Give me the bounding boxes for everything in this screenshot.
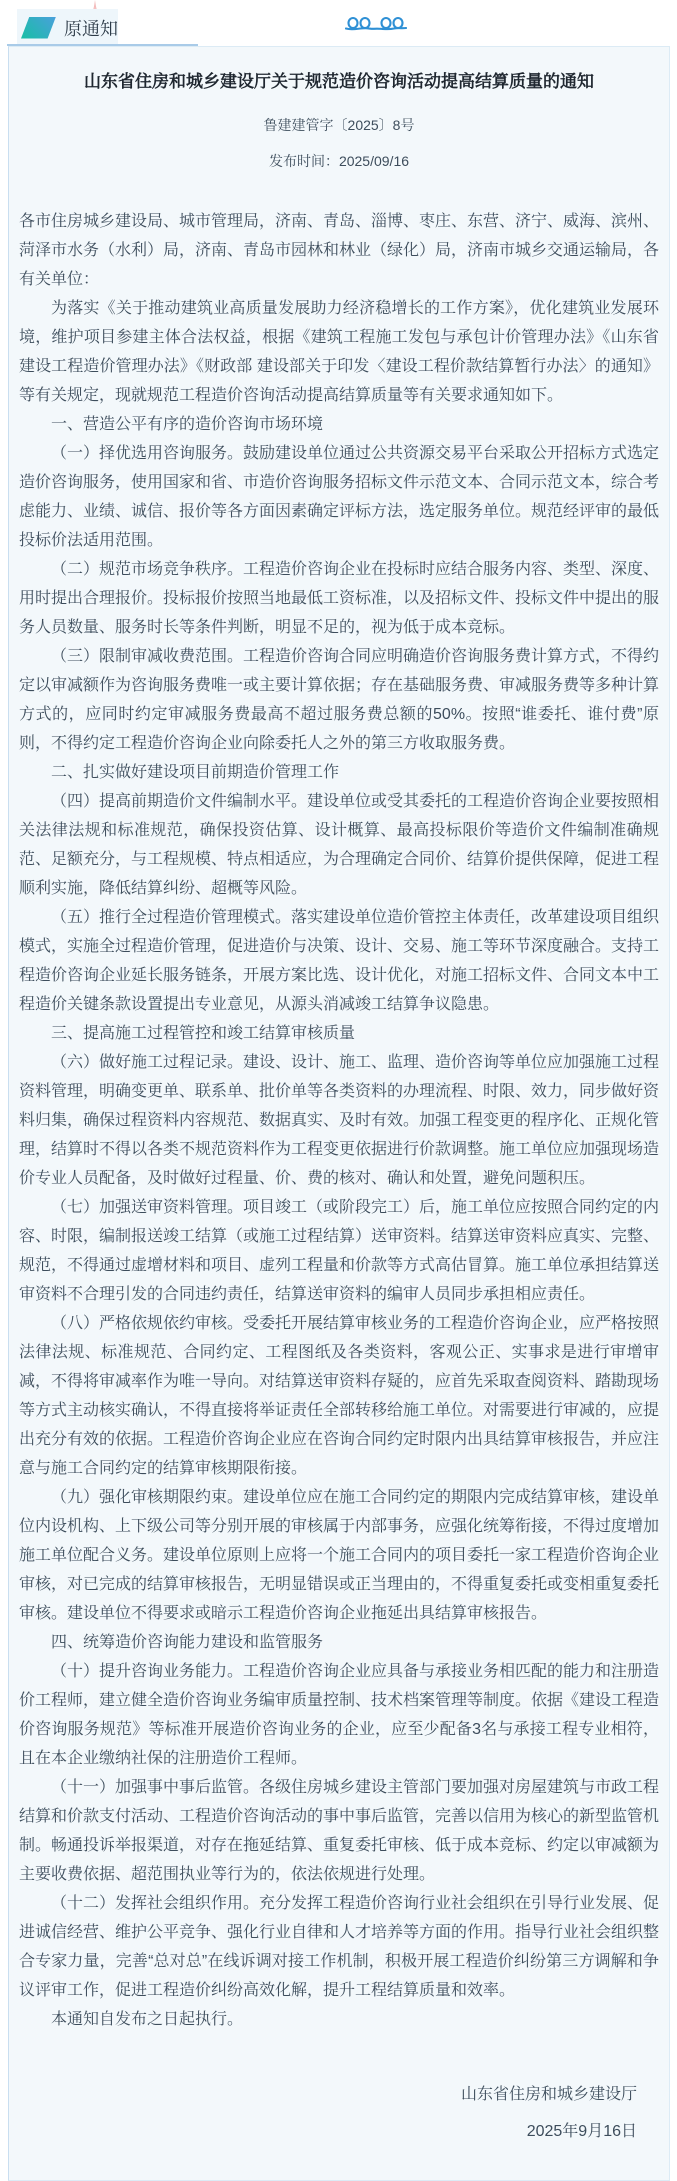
paragraph: （一）择优选用咨询服务。鼓励建设单位通过公共资源交易平台采取公开招标方式选定造价… [19, 439, 659, 555]
header: 原通知 [0, 0, 677, 46]
publish-date-label: 发布时间： [269, 153, 339, 169]
signature-block: 山东省住房和城乡建设厅 2025年9月16日 [19, 2076, 659, 2150]
paragraph: （二）规范市场竞争秩序。工程造价咨询企业在投标时应结合服务内容、类型、深度、用时… [19, 555, 659, 642]
paragraph: （八）严格依规依约审核。受委托开展结算审核业务的工程造价咨询企业，应严格按照法律… [19, 1309, 659, 1483]
paragraph: （四）提高前期造价文件编制水平。建设单位或受其委托的工程造价咨询企业要按照相关法… [19, 787, 659, 903]
paragraph: （七）加强送审资料管理。项目竣工（或阶段完工）后，施工单位应按照合同约定的内容、… [19, 1193, 659, 1309]
section-heading-1: 一、营造公平有序的造价咨询市场环境 [19, 410, 659, 439]
signature-date: 2025年9月16日 [19, 2113, 637, 2150]
paragraph: （五）推行全过程造价管理模式。落实建设单位造价管控主体责任，改革建设项目组织模式… [19, 903, 659, 1019]
paragraph: （十）提升咨询业务能力。工程造价咨询企业应具备与承接业务相匹配的能力和注册造价工… [19, 1657, 659, 1773]
paragraph: （十一）加强事中事后监管。各级住房城乡建设主管部门要加强对房屋建筑与市政工程结算… [19, 1773, 659, 1889]
signature-org: 山东省住房和城乡建设厅 [19, 2076, 637, 2113]
paragraph: 为落实《关于推动建筑业高质量发展助力经济稳增长的工作方案》，优化建筑业发展环境，… [19, 294, 659, 410]
tab-label: 原通知 [64, 15, 118, 41]
section-heading-3: 三、提高施工过程管控和竣工结算审核质量 [19, 1019, 659, 1048]
paragraph: （九）强化审核期限约束。建设单位应在施工合同约定的期限内完成结算审核，建设单位内… [19, 1483, 659, 1628]
paragraph: （三）限制审减收费范围。工程造价咨询合同应明确造价咨询服务费计算方式，不得约定以… [19, 642, 659, 758]
notice-panel: 山东省住房和城乡建设厅关于规范造价咨询活动提高结算质量的通知 鲁建建管字〔202… [8, 46, 670, 2181]
paragraph-address: 各市住房城乡建设局、城市管理局，济南、青岛、淄博、枣庄、东营、济宁、威海、滨州、… [19, 207, 659, 294]
publish-date-value: 2025/09/16 [339, 153, 409, 169]
parallelogram-icon [21, 17, 56, 39]
paragraph: （十二）发挥社会组织作用。充分发挥工程造价咨询行业社会组织在引导行业发展、促进诚… [19, 1889, 659, 2005]
section-heading-2: 二、扎实做好建设项目前期造价管理工作 [19, 758, 659, 787]
doc-number: 鲁建建管字〔2025〕8号 [19, 115, 659, 135]
section-heading-4: 四、统筹造价咨询能力建设和监管服务 [19, 1628, 659, 1657]
page: 原通知 山东省住房和城乡建设厅关于规范造价咨询活动提高结算质量的通知 鲁建建管字… [0, 0, 677, 2181]
document-body: 各市住房城乡建设局、城市管理局，济南、青岛、淄博、枣庄、东营、济宁、威海、滨州、… [19, 207, 659, 2034]
notice-title: 山东省住房和城乡建设厅关于规范造价咨询活动提高结算质量的通知 [19, 69, 659, 95]
tab-underline [7, 44, 198, 46]
paragraph: （六）做好施工过程记录。建设、设计、施工、监理、造价咨询等单位应加强施工过程资料… [19, 1048, 659, 1193]
paragraph-closing: 本通知自发布之日起执行。 [19, 2005, 659, 2034]
publish-date: 发布时间：2025/09/16 [19, 151, 659, 171]
squiggle-doodle-icon [345, 15, 407, 33]
tab-original-notice[interactable]: 原通知 [17, 9, 118, 46]
